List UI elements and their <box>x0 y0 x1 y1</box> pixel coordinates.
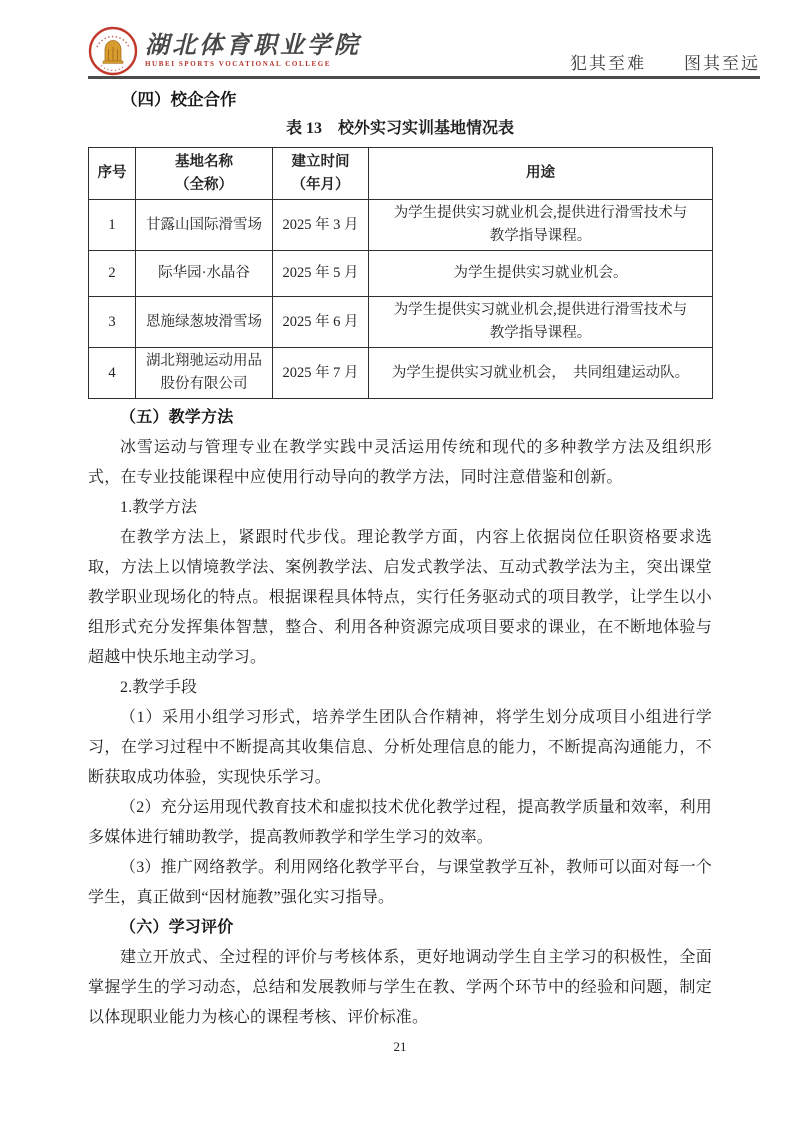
col-header-name-line1: 基地名称 <box>138 151 270 174</box>
paragraph-means-3: （3）推广网络教学。利用网络化教学平台，与课堂教学互补，教师可以面对每一个学生，… <box>88 853 712 913</box>
cell-date: 2025 年 7 月 <box>273 348 369 399</box>
cell-seq: 2 <box>89 251 136 297</box>
page-header: 湖北体育职业学院 HUBEI SPORTS VOCATIONAL COLLEGE… <box>88 26 760 76</box>
table-row: 1 甘露山国际滑雪场 2025 年 3 月 为学生提供实习就业机会,提供进行滑雪… <box>89 200 713 251</box>
cell-seq: 3 <box>89 297 136 348</box>
paragraph-evaluation: 建立开放式、全过程的评价与考核体系，更好地调动学生自主学习的积极性，全面掌握学生… <box>88 943 712 1033</box>
section-5-heading: （五）教学方法 <box>88 403 712 433</box>
cell-name: 湖北翔驰运动用品股份有限公司 <box>136 348 273 399</box>
college-name-zh: 湖北体育职业学院 <box>145 33 361 59</box>
cell-use: 为学生提供实习就业机会。 <box>369 251 713 297</box>
table-caption: 表 13 校外实习实训基地情况表 <box>88 118 712 140</box>
table-row: 2 际华园·水晶谷 2025 年 5 月 为学生提供实习就业机会。 <box>89 251 713 297</box>
table-row: 3 恩施绿葱坡滑雪场 2025 年 6 月 为学生提供实习就业机会,提供进行滑雪… <box>89 297 713 348</box>
table-header-row: 序号 基地名称 （全称） 建立时间 （年月） 用途 <box>89 148 713 200</box>
body-text-block: （五）教学方法 冰雪运动与管理专业在教学实践中灵活运用传统和现代的多种教学方法及… <box>88 403 712 1033</box>
col-header-date-line2: （年月） <box>275 174 366 197</box>
col-header-name-line2: （全称） <box>138 174 270 197</box>
table-row: 4 湖北翔驰运动用品股份有限公司 2025 年 7 月 为学生提供实习就业机会，… <box>89 348 713 399</box>
cell-date: 2025 年 3 月 <box>273 200 369 251</box>
cell-name: 甘露山国际滑雪场 <box>136 200 273 251</box>
subsection-1-title: 1.教学方法 <box>88 493 712 523</box>
cell-seq: 1 <box>89 200 136 251</box>
header-divider <box>88 76 760 79</box>
col-header-name: 基地名称 （全称） <box>136 148 273 200</box>
college-name-en: HUBEI SPORTS VOCATIONAL COLLEGE <box>145 59 361 69</box>
cell-use: 为学生提供实习就业机会， 共同组建运动队。 <box>369 348 713 399</box>
paragraph-intro: 冰雪运动与管理专业在教学实践中灵活运用传统和现代的多种教学方法及组织形式，在专业… <box>88 433 712 493</box>
training-base-table: 序号 基地名称 （全称） 建立时间 （年月） 用途 1 甘露山国际滑雪场 <box>88 147 713 399</box>
college-seal-icon <box>88 26 138 76</box>
paragraph-means-2: （2）充分运用现代教育技术和虚拟技术优化教学过程，提高教学质量和效率，利用多媒体… <box>88 793 712 853</box>
cell-date: 2025 年 5 月 <box>273 251 369 297</box>
header-motto: 犯其至难 图其至远 <box>570 53 760 76</box>
college-names: 湖北体育职业学院 HUBEI SPORTS VOCATIONAL COLLEGE <box>145 33 361 69</box>
main-content: （四）校企合作 表 13 校外实习实训基地情况表 序号 基地名称 （全称） 建立… <box>88 88 712 1033</box>
section-4-heading: （四）校企合作 <box>88 88 712 112</box>
paragraph-methods: 在教学方法上，紧跟时代步伐。理论教学方面，内容上依据岗位任职资格要求选取，方法上… <box>88 523 712 673</box>
document-page: 湖北体育职业学院 HUBEI SPORTS VOCATIONAL COLLEGE… <box>0 0 800 1131</box>
cell-date: 2025 年 6 月 <box>273 297 369 348</box>
paragraph-means-1: （1）采用小组学习形式，培养学生团队合作精神，将学生划分成项目小组进行学习，在学… <box>88 703 712 793</box>
col-header-seq: 序号 <box>89 148 136 200</box>
cell-name: 际华园·水晶谷 <box>136 251 273 297</box>
cell-seq: 4 <box>89 348 136 399</box>
col-header-use: 用途 <box>369 148 713 200</box>
subsection-2-title: 2.教学手段 <box>88 673 712 703</box>
college-logo-icon <box>88 26 138 76</box>
col-header-date: 建立时间 （年月） <box>273 148 369 200</box>
cell-name: 恩施绿葱坡滑雪场 <box>136 297 273 348</box>
cell-use: 为学生提供实习就业机会,提供进行滑雪技术与教学指导课程。 <box>369 200 713 251</box>
page-number: 21 <box>0 1038 800 1056</box>
col-header-date-line1: 建立时间 <box>275 151 366 174</box>
section-6-heading: （六）学习评价 <box>88 913 712 943</box>
college-brand: 湖北体育职业学院 HUBEI SPORTS VOCATIONAL COLLEGE <box>88 26 361 76</box>
cell-use: 为学生提供实习就业机会,提供进行滑雪技术与教学指导课程。 <box>369 297 713 348</box>
